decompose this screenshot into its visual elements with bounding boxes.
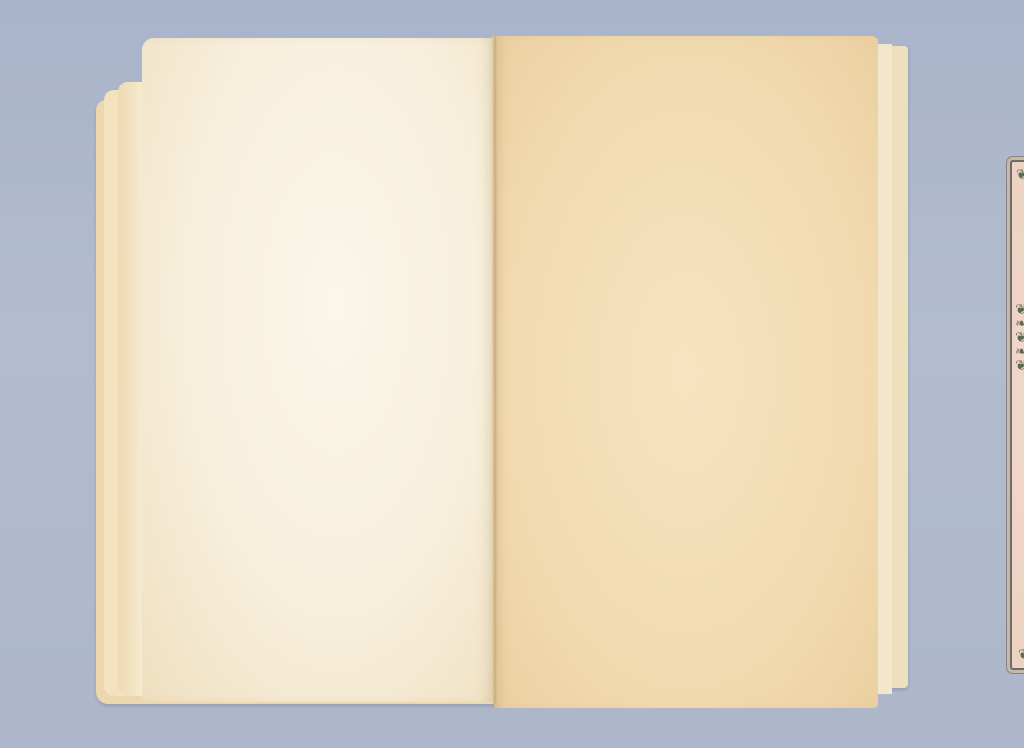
book-gutter — [492, 36, 498, 704]
vine-ornament: ❦❧✿ — [1018, 648, 1024, 662]
title-indian-races: INDIAN RACES — [1012, 228, 1024, 269]
right-page-frontispiece: ❦❧✿❦ ❦✿ ❦❧❦❧❦ ❧❦❧❦❧❦ ❦❧✿ ✿❦❧ ❧ ❦ ❧ — [494, 36, 878, 708]
vine-ornament: ❦❧✿❦ — [1016, 168, 1024, 182]
engraved-title-plate: ❦❧✿❦ ❦✿ ❦❧❦❧❦ ❧❦❧❦❧❦ ❦❧✿ ✿❦❧ ❧ ❦ ❧ — [1010, 160, 1024, 670]
title-the: THE — [1012, 208, 1024, 227]
vine-ornament: ❦❧❦❧❦ — [1014, 302, 1024, 372]
illustration-caption: —"CORTEZ AND MONTEZUMA."— — [1012, 590, 1024, 598]
left-page-blank — [142, 38, 494, 702]
open-book: ❦❧✿❦ ❦✿ ❦❧❦❧❦ ❧❦❧❦❧❦ ❦❧✿ ✿❦❧ ❧ ❦ ❧ — [0, 0, 1024, 748]
title-of: OF — [1012, 270, 1024, 283]
